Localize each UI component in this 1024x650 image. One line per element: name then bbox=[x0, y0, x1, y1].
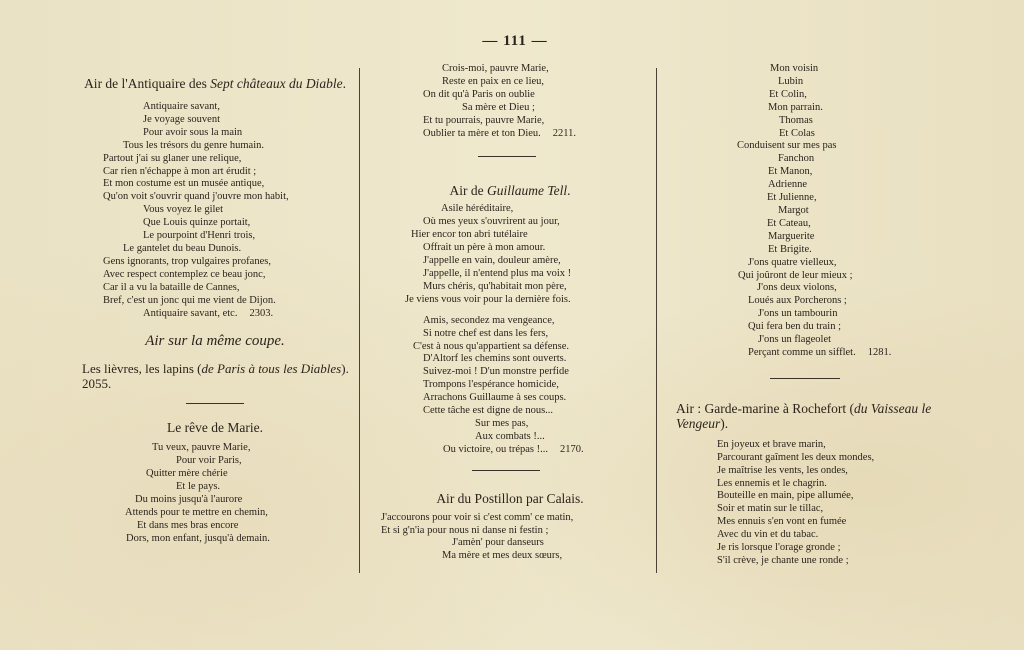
lyric-line: Je maîtrise les vents, les ondes, bbox=[676, 465, 946, 478]
lyric-line: Où mes yeux s'ouvrirent au jour, bbox=[375, 216, 645, 229]
song-title-antiquaire: Air de l'Antiquaire des Sept châteaux du… bbox=[80, 76, 350, 91]
lyric-line: Fanchon bbox=[676, 153, 946, 166]
lyric-line: Du moins jusqu'à l'aurore bbox=[80, 494, 350, 507]
lyric-line: J'amèn' pour danseurs bbox=[375, 537, 645, 550]
lyric-line: Car rien n'échappe à mon art érudit ; bbox=[80, 166, 350, 179]
lyric-line: Aux combats !... bbox=[375, 431, 645, 444]
lyric-line: Pour avoir sous la main bbox=[80, 127, 350, 140]
lyric-line: Quitter mère chérie bbox=[80, 468, 350, 481]
lyric-line: Hier encor ton abri tutélaire bbox=[375, 229, 645, 242]
lyric-line: Et Brigite. bbox=[676, 244, 946, 257]
lyric-line: C'est à nous qu'appartient sa défense. bbox=[375, 341, 645, 354]
lyric-line: Bref, c'est un jonc qui me vient de Dijo… bbox=[80, 295, 350, 308]
page-number: — 111 — bbox=[470, 33, 560, 50]
lyric-line: Qui fera ben du train ; bbox=[676, 321, 946, 334]
lyric-line: Si notre chef est dans les fers, bbox=[375, 328, 645, 341]
lyric-line: J'accourons pour voir si c'est comm' ce … bbox=[375, 512, 645, 525]
lyric-line: Et Colas bbox=[676, 128, 946, 141]
lyric-line: Parcourant gaîment les deux mondes, bbox=[676, 452, 946, 465]
lyric-line: J'ons deux violons, bbox=[676, 282, 946, 295]
song-title-reve-de-marie: Le rêve de Marie. bbox=[80, 420, 350, 435]
lyric-line: Et mon costume est un musée antique, bbox=[80, 178, 350, 191]
lyrics-reve-de-marie: Tu veux, pauvre Marie, Pour voir Paris, … bbox=[80, 442, 350, 545]
lyric-line: Et dans mes bras encore bbox=[80, 520, 350, 533]
lyric-line: J'ons un flageolet bbox=[676, 334, 946, 347]
lyric-line: Partout j'ai su glaner une relique, bbox=[80, 153, 350, 166]
column-divider-1 bbox=[359, 68, 360, 573]
song-title-garde-marine: Air : Garde-marine à Rochefort (du Vaiss… bbox=[676, 401, 946, 431]
song-title-postillon: Air du Postillon par Calais. bbox=[375, 491, 645, 506]
lyric-line: Amis, secondez ma vengeance, bbox=[375, 315, 645, 328]
lyric-line: Je viens vous voir pour la dernière fois… bbox=[375, 294, 645, 307]
song-number: 2211. bbox=[553, 128, 576, 139]
lyrics-reve-de-marie-continued: Crois-moi, pauvre Marie, Reste en paix e… bbox=[375, 63, 645, 140]
lyric-line: Vous voyez le gilet bbox=[80, 204, 350, 217]
lyric-line: Avec respect contemplez ce beau jonc, bbox=[80, 269, 350, 282]
lyrics-postillon: J'accourons pour voir si c'est comm' ce … bbox=[375, 512, 645, 564]
column-2: Crois-moi, pauvre Marie, Reste en paix e… bbox=[375, 63, 645, 563]
lyric-line: Margot bbox=[676, 205, 946, 218]
lyric-line: Tu veux, pauvre Marie, bbox=[80, 442, 350, 455]
lyric-line: Thomas bbox=[676, 115, 946, 128]
lyric-line: Le pourpoint d'Henri trois, bbox=[80, 230, 350, 243]
lyrics-garde-marine: En joyeux et brave marin, Parcourant gaî… bbox=[676, 439, 946, 568]
lyric-line: Mon voisin bbox=[676, 63, 946, 76]
lyrics-antiquaire: Antiquaire savant, Je voyage souvent Pou… bbox=[80, 101, 350, 320]
lyric-line: Je ris lorsque l'orage gronde ; bbox=[676, 542, 946, 555]
lyric-line: Cette tâche est digne de nous... bbox=[375, 405, 645, 418]
lyric-line: On dit qu'à Paris on oublie bbox=[375, 89, 645, 102]
lyric-line: Et tu pourrais, pauvre Marie, bbox=[375, 115, 645, 128]
lyric-line: Qui joûront de leur mieux ; bbox=[676, 270, 946, 283]
lyrics-guillaume-tell: Asile héréditaire, Où mes yeux s'ouvrire… bbox=[375, 203, 645, 456]
lyric-line: D'Altorf les chemins sont ouverts. bbox=[375, 353, 645, 366]
lyric-line: Oublier ta mère et ton Dieu.2211. bbox=[375, 128, 645, 141]
lyric-line: Adrienne bbox=[676, 179, 946, 192]
reference-lievres: Les lièvres, les lapins (de Paris à tous… bbox=[80, 361, 350, 391]
lyric-line: Murs chéris, qu'habitait mon père, bbox=[375, 281, 645, 294]
lyric-line: Sur mes pas, bbox=[375, 418, 645, 431]
lyric-line: Crois-moi, pauvre Marie, bbox=[375, 63, 645, 76]
lyric-line: Sa mère et Dieu ; bbox=[375, 102, 645, 115]
lyric-line: Et Cateau, bbox=[676, 218, 946, 231]
lyric-line: Le gantelet du beau Dunois. bbox=[80, 243, 350, 256]
lyric-line: En joyeux et brave marin, bbox=[676, 439, 946, 452]
lyric-line: Gens ignorants, trop vulgaires profanes, bbox=[80, 256, 350, 269]
lyrics-postillon-continued: Mon voisin Lubin Et Colin, Mon parrain. … bbox=[676, 63, 946, 360]
column-1: Air de l'Antiquaire des Sept châteaux du… bbox=[80, 76, 350, 546]
lyric-line: Tous les trésors du genre humain. bbox=[80, 140, 350, 153]
lyric-line: S'il crève, je chante une ronde ; bbox=[676, 555, 946, 568]
column-3: Mon voisin Lubin Et Colin, Mon parrain. … bbox=[676, 63, 946, 568]
song-title-meme-coupe: Air sur la même coupe. bbox=[80, 334, 350, 349]
lyric-line: Et si g'n'ia pour nous ni danse ni festi… bbox=[375, 525, 645, 538]
lyric-line: Qu'on voit s'ouvrir quand j'ouvre mon ha… bbox=[80, 191, 350, 204]
lyric-line: Mon parrain. bbox=[676, 102, 946, 115]
lyric-line: J'ons un tambourin bbox=[676, 308, 946, 321]
lyric-line: Soir et matin sur le tillac, bbox=[676, 503, 946, 516]
lyric-line: J'appelle en vain, douleur amère, bbox=[375, 255, 645, 268]
lyric-line: Et Manon, bbox=[676, 166, 946, 179]
lyric-line: Trompons l'espérance homicide, bbox=[375, 379, 645, 392]
column-divider-2 bbox=[656, 68, 657, 573]
lyric-line: Car il a vu la bataille de Cannes, bbox=[80, 282, 350, 295]
lyric-line: Loués aux Porcherons ; bbox=[676, 295, 946, 308]
song-number: 2303. bbox=[249, 308, 273, 319]
lyric-line: Que Louis quinze portait, bbox=[80, 217, 350, 230]
lyric-line: J'ons quatre vielleux, bbox=[676, 257, 946, 270]
lyric-line: Et Julienne, bbox=[676, 192, 946, 205]
lyric-line: Dors, mon enfant, jusqu'à demain. bbox=[80, 533, 350, 546]
lyric-line: Je voyage souvent bbox=[80, 114, 350, 127]
lyric-line: Pour voir Paris, bbox=[80, 455, 350, 468]
lyric-line: Ou victoire, ou trépas !...2170. bbox=[375, 444, 645, 457]
lyric-line: Antiquaire savant, etc.2303. bbox=[80, 308, 350, 321]
lyric-line: Bouteille en main, pipe allumée, bbox=[676, 490, 946, 503]
lyric-line: Suivez-moi ! D'un monstre perfide bbox=[375, 366, 645, 379]
lyric-line: Antiquaire savant, bbox=[80, 101, 350, 114]
lyric-line: J'appelle, il n'entend plus ma voix ! bbox=[375, 268, 645, 281]
lyric-line: Reste en paix en ce lieu, bbox=[375, 76, 645, 89]
lyric-line: Avec du vin et du tabac. bbox=[676, 529, 946, 542]
lyric-line: Et Colin, bbox=[676, 89, 946, 102]
song-number: 1281. bbox=[868, 347, 892, 358]
lyric-line: Arrachons Guillaume à ses coups. bbox=[375, 392, 645, 405]
song-number: 2170. bbox=[560, 444, 584, 455]
lyric-line: Et le pays. bbox=[80, 481, 350, 494]
lyric-line: Mes ennuis s'en vont en fumée bbox=[676, 516, 946, 529]
lyric-line: Les ennemis et le chagrin. bbox=[676, 478, 946, 491]
lyric-line: Offrait un père à mon amour. bbox=[375, 242, 645, 255]
lyric-line: Ma mère et mes deux sœurs, bbox=[375, 550, 645, 563]
lyric-line: Attends pour te mettre en chemin, bbox=[80, 507, 350, 520]
lyric-line: Asile héréditaire, bbox=[375, 203, 645, 216]
lyric-line: Perçant comme un sifflet.1281. bbox=[676, 347, 946, 360]
lyric-line: Marguerite bbox=[676, 231, 946, 244]
lyric-line: Lubin bbox=[676, 76, 946, 89]
lyric-line: Conduisent sur mes pas bbox=[676, 140, 946, 153]
song-title-guillaume-tell: Air de Guillaume Tell. bbox=[375, 183, 645, 198]
